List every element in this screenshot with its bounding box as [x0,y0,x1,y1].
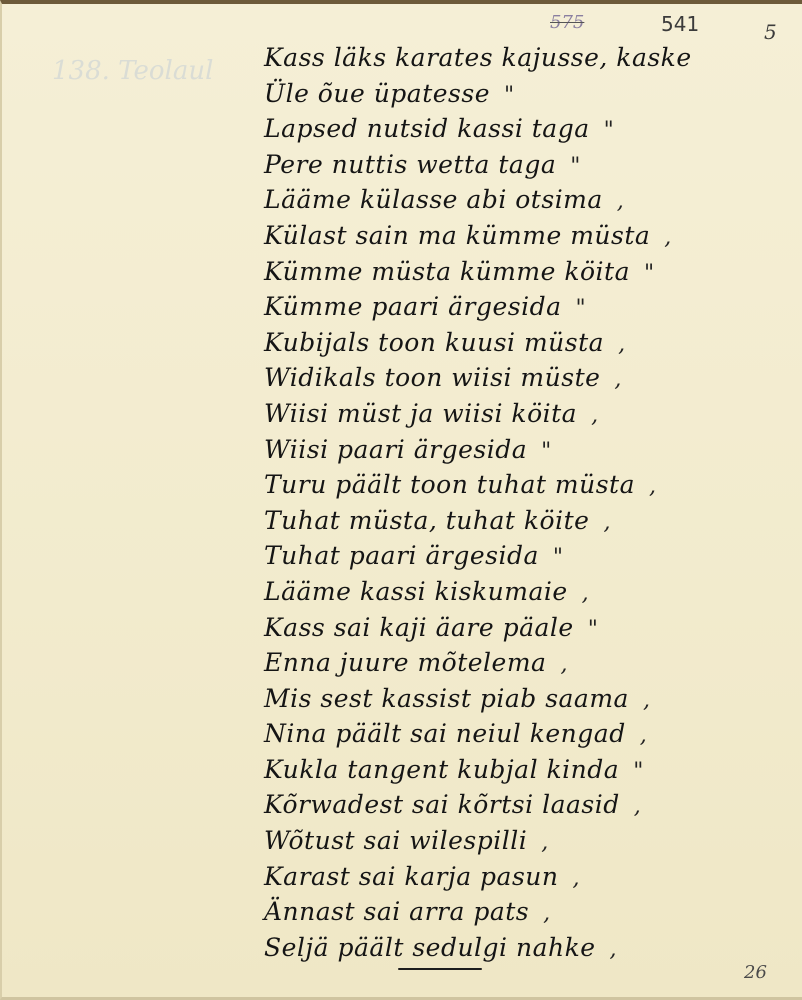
verse-line: Kümme müsta kümme köita" [264,254,784,290]
verse-line: Kass sai kaji äare päale" [264,610,784,646]
verse-line: Lääme külasse abi otsima, [264,182,784,218]
verse-line: Kümme paari ärgesida" [264,289,784,325]
verse-line: Wiisi müst ja wiisi köita, [264,396,784,432]
verse-line: Ännast sai arra pats, [264,894,784,930]
verse-line: Wiisi paari ärgesida" [264,432,784,468]
verse-line: Turu päält toon tuhat müsta, [264,467,784,503]
verse-line: Tuhat müsta, tuhat köite, [264,503,784,539]
verse-line: Pere nuttis wetta taga" [264,147,784,183]
verse-line: Kõrwadest sai kõrtsi laasid, [264,787,784,823]
verse-line: Tuhat paari ärgesida" [264,538,784,574]
struck-archive-number: 575 [550,12,584,33]
verse-line: Enna juure mõtelema, [264,645,784,681]
verse-line: Kass läks karates kajusse, kaske [264,40,784,76]
verse-line: Karast sai karja pasun, [264,859,784,895]
verse-line: Kukla tangent kubjal kinda" [264,752,784,788]
bleed-through-heading: 138. Teolaul [52,56,213,86]
poem-text: Kass läks karates kajusse, kaske Üle õue… [264,40,784,965]
verse-line: Külast sain ma kümme müsta, [264,218,784,254]
verse-line: Lapsed nutsid kassi taga" [264,111,784,147]
folio-number: 26 [744,962,767,983]
verse-line: Lääme kassi kiskumaie, [264,574,784,610]
verse-line: Nina päält sai neiul kengad, [264,716,784,752]
verse-line: Üle õue üpatesse" [264,76,784,112]
verse-line: Mis sest kassist piab saama, [264,681,784,717]
archive-number: 541 [661,12,699,36]
verse-line: Seljä päält sedulgi nahke, [264,930,784,966]
verse-line: Widikals toon wiisi müste, [264,360,784,396]
end-of-poem-rule [398,968,482,970]
verse-line: Wõtust sai wilespilli, [264,823,784,859]
verse-line: Kubijals toon kuusi müsta, [264,325,784,361]
manuscript-page: 138. Teolaul 575 541 5 Kass läks karates… [0,0,802,1000]
